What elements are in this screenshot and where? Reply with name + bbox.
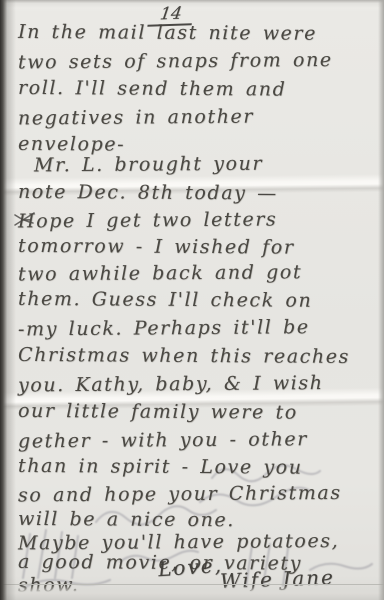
letter-line: so and hope your Christmas [18,482,384,507]
letter-line: two awhile back and got [18,261,384,286]
letter-line: gether - with you - other [18,428,384,453]
letter-line: In the mail last nite were [18,21,384,45]
letter-line: roll. I'll send them and [18,77,384,101]
page-edge-top [0,0,384,8]
letter-line: tomorrow - I wished for [18,235,384,259]
letter-line: Mr. L. brought your [34,152,384,177]
letter-line: negatives in another [18,105,384,130]
letter-line: will be a nice one. [18,508,384,532]
letter-text: 14 In the mail last nite were two sets o… [0,0,384,600]
page-edge-left [0,0,16,600]
letter-line: our little family were to [18,400,384,424]
page-edge-bottom [0,584,384,600]
letter-line: than in spirit - Love you [18,455,384,479]
letter-line: you. Kathy, baby, & I wish [18,372,384,397]
letter-line: note Dec. 8th today — [18,181,384,205]
letter-page: 14 In the mail last nite were two sets o… [0,0,384,600]
letter-line: them. Guess I'll check on [18,288,384,312]
page-edge-right [378,0,384,600]
letter-line: Christmas when this reaches [18,344,384,368]
letter-line: -my luck. Perhaps it'll be [18,316,384,341]
letter-line: two sets of snaps from one [18,49,384,74]
letter-line: Hope I get two letters [18,208,384,233]
closing: Love, [157,553,223,581]
